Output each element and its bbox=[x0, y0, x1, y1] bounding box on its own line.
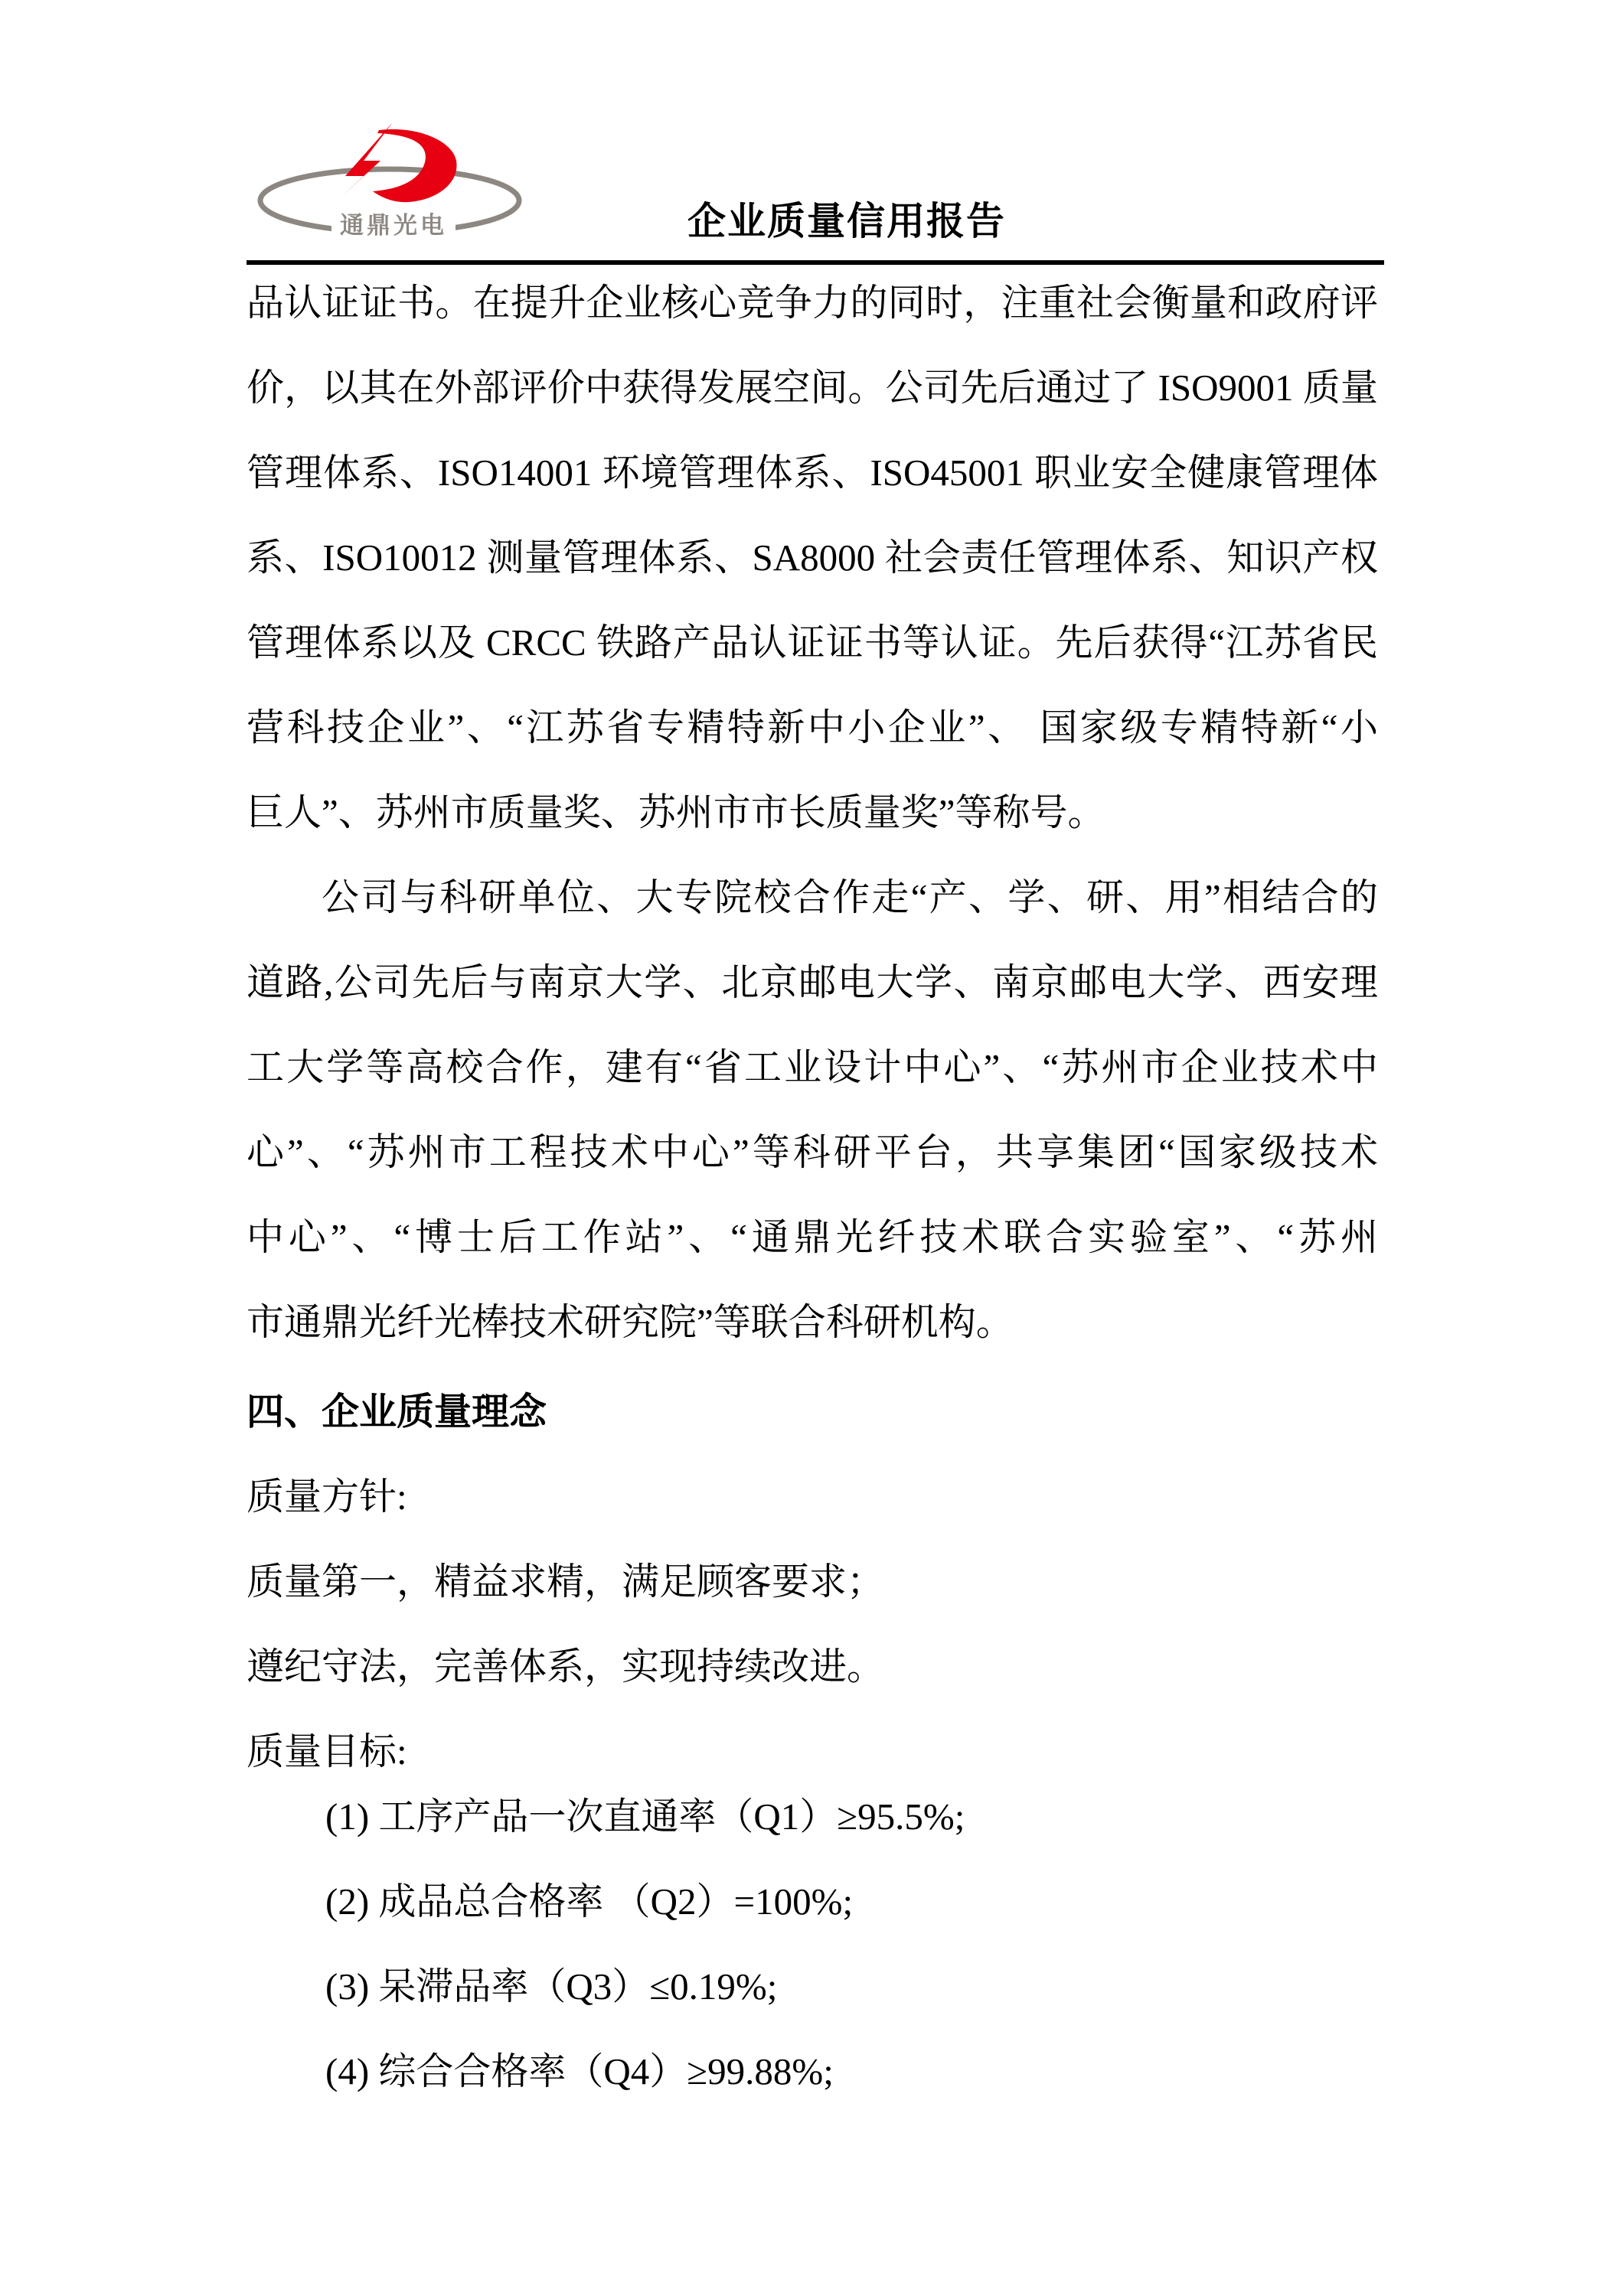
list-item: (1) 工序产品一次直通率（Q1）≥95.5%; bbox=[325, 1774, 1378, 1859]
text-line: 管理体系、ISO14001 环境管理体系、ISO45001 职业安全健康管理体 bbox=[247, 430, 1378, 515]
quality-policy-lines: 质量方针:质量第一，精益求精，满足顾客要求；遵纪守法，完善体系，实现持续改进。质… bbox=[247, 1454, 1378, 1794]
text-line: 公司与科研单位、大专院校合作走“产、学、研、用”相结合的 bbox=[247, 855, 1378, 940]
text-line: 价，以其在外部评价中获得发展空间。公司先后通过了 ISO9001 质量 bbox=[247, 345, 1378, 430]
text-line: 品认证证书。在提升企业核心竞争力的同时，注重社会衡量和政府评 bbox=[247, 260, 1378, 345]
text-line: 系、ISO10012 测量管理体系、SA8000 社会责任管理体系、知识产权 bbox=[247, 515, 1378, 600]
logo-lightning-d-icon bbox=[341, 122, 457, 202]
company-logo: 通鼎光电 bbox=[256, 112, 524, 243]
section-heading-quality-philosophy: 四、企业质量理念 bbox=[247, 1369, 1378, 1454]
text-line: 巨人”、苏州市质量奖、苏州市市长质量奖”等称号。 bbox=[247, 770, 1378, 855]
text-line: 质量第一，精益求精，满足顾客要求； bbox=[247, 1539, 1378, 1624]
text-line: 质量方针: bbox=[247, 1454, 1378, 1539]
text-line: 遵纪守法，完善体系，实现持续改进。 bbox=[247, 1624, 1378, 1709]
quality-goal-list: (1) 工序产品一次直通率（Q1）≥95.5%;(2) 成品总合格率 （Q2）=… bbox=[247, 1774, 1378, 2114]
text-line: 管理体系以及 CRCC 铁路产品认证证书等认证。先后获得“江苏省民 bbox=[247, 600, 1378, 685]
text-line: 市通鼎光纤光棒技术研究院”等联合科研机构。 bbox=[247, 1280, 1378, 1365]
text-line: 中心”、“博士后工作站”、“通鼎光纤技术联合实验室”、“苏州 bbox=[247, 1195, 1378, 1280]
text-line: 营科技企业”、“江苏省专精特新中小企业”、 国家级专精特新“小 bbox=[247, 685, 1378, 770]
document-body: 品认证证书。在提升企业核心竞争力的同时，注重社会衡量和政府评价，以其在外部评价中… bbox=[247, 260, 1378, 2114]
paragraph-research-cooperation: 公司与科研单位、大专院校合作走“产、学、研、用”相结合的道路,公司先后与南京大学… bbox=[247, 855, 1378, 1365]
logo-text: 通鼎光电 bbox=[340, 212, 447, 239]
list-item: (3) 呆滞品率（Q3）≤0.19%; bbox=[325, 1944, 1378, 2029]
paragraph-certifications: 品认证证书。在提升企业核心竞争力的同时，注重社会衡量和政府评价，以其在外部评价中… bbox=[247, 260, 1378, 855]
document-page: 通鼎光电 企业质量信用报告 品认证证书。在提升企业核心竞争力的同时，注重社会衡量… bbox=[0, 0, 1623, 2296]
text-line: 工大学等高校合作，建有“省工业设计中心”、“苏州市企业技术中 bbox=[247, 1025, 1378, 1110]
page-title: 企业质量信用报告 bbox=[687, 196, 1006, 246]
text-line: 道路,公司先后与南京大学、北京邮电大学、南京邮电大学、西安理 bbox=[247, 940, 1378, 1025]
list-item: (2) 成品总合格率 （Q2）=100%; bbox=[325, 1859, 1378, 1944]
text-line: 心”、“苏州市工程技术中心”等科研平台，共享集团“国家级技术 bbox=[247, 1110, 1378, 1195]
list-item: (4) 综合合格率（Q4）≥99.88%; bbox=[325, 2029, 1378, 2114]
